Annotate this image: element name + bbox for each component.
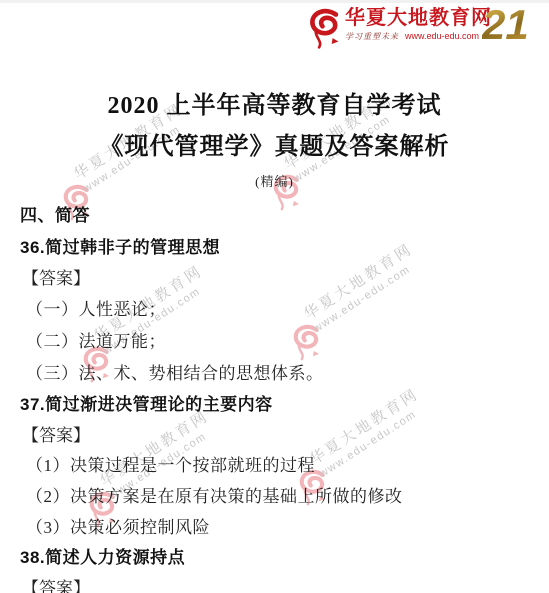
section-heading: 四、简答 <box>20 201 90 226</box>
question-36: 36.简过韩非子的管理思想 <box>20 233 220 258</box>
answer-item: （三）法、术、势相结合的思想体系。 <box>26 359 324 384</box>
question-38: 38.简述人力资源持点 <box>20 543 185 568</box>
document-subtitle: (精编) <box>0 171 549 190</box>
answer-item: （3）决策必须控制风险 <box>26 513 210 538</box>
rose-logo-icon <box>308 7 342 49</box>
brand-name: 华夏大地教育网 <box>345 7 492 29</box>
answer-item: （2）决策方案是在原有决策的基础上所做的修改 <box>26 482 403 507</box>
answer-label-37: 【答案】 <box>22 421 90 446</box>
document-body: 2020 上半年高等教育自学考试 《现代管理学》真题及答案解析 (精编) 四、简… <box>0 3 549 593</box>
brand-slogan: 学习重塑未来 <box>345 31 399 42</box>
site-logo: 华夏大地教育网 学习重塑未来 www.edu-edu.com <box>308 7 492 49</box>
brand-url: www.edu-edu.com <box>405 31 479 41</box>
answer-label-36: 【答案】 <box>22 264 90 289</box>
answer-label-38: 【答案】 <box>22 574 90 593</box>
document-title-line2: 《现代管理学》真题及答案解析 <box>0 126 549 161</box>
document-title-line1: 2020 上半年高等教育自学考试 <box>0 85 549 120</box>
exam-document-page: { "header": { "brand": "华夏大地教育网", "sloga… <box>0 0 549 593</box>
answer-item: （一）人性恶论； <box>26 295 166 320</box>
answer-item: （二）法道万能； <box>26 327 166 352</box>
answer-item: （1）决策过程是一个按部就班的过程 <box>26 451 315 476</box>
corner-number: 21 <box>482 3 529 47</box>
question-37: 37.简过渐进决管理论的主要内容 <box>20 390 273 415</box>
